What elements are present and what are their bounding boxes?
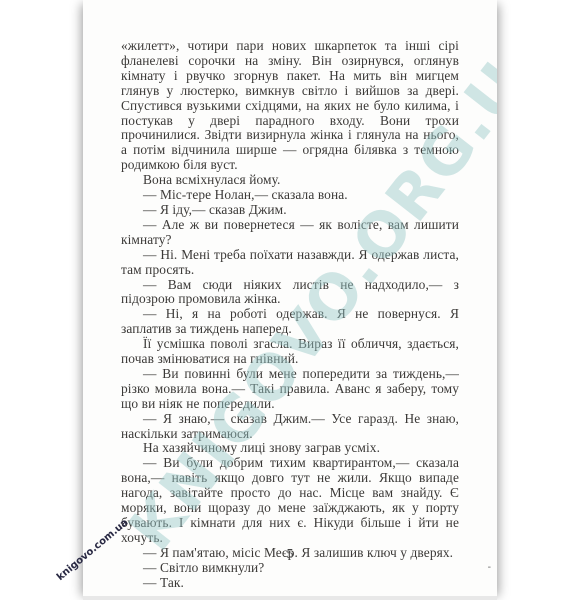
paragraph: Вона всміхнулася йому.	[121, 173, 459, 188]
paragraph: — Так.	[121, 576, 459, 591]
paragraph: — Але ж ви повернетеся — як волісте, вам…	[121, 218, 459, 248]
paragraph: На хазяйчиному лиці знову заграв усміх.	[121, 441, 459, 456]
paragraph: — Вам сюди ніяких листів не надходило,— …	[121, 278, 459, 308]
paragraph: Її усмішка поволі згасла. Вираз її облич…	[121, 337, 459, 367]
paragraph: — Я іду,— сказав Джим.	[121, 203, 459, 218]
paragraph: — Ні, я на роботі одержав. Я не повернус…	[121, 307, 459, 337]
paragraph: — Я знаю,— сказав Джим.— Усе гаразд. Не …	[121, 412, 459, 442]
page-mark: -	[488, 562, 491, 573]
page-number: 5	[83, 547, 497, 563]
page-body-text: «жилетт», чотири пари нових шкарпеток та…	[121, 39, 459, 591]
book-page: «жилетт», чотири пари нових шкарпеток та…	[83, 0, 497, 600]
page-bottom-edge	[83, 596, 497, 600]
paragraph: «жилетт», чотири пари нових шкарпеток та…	[121, 39, 459, 173]
paragraph: — Ви повинні були мене попередити за тиж…	[121, 367, 459, 412]
paragraph: — Ні. Мені треба поїхати назавжди. Я оде…	[121, 248, 459, 278]
paragraph: — Ви були добрим тихим квартирантом,— ск…	[121, 456, 459, 545]
paragraph: — Міс-тере Нолан,— сказала вона.	[121, 188, 459, 203]
